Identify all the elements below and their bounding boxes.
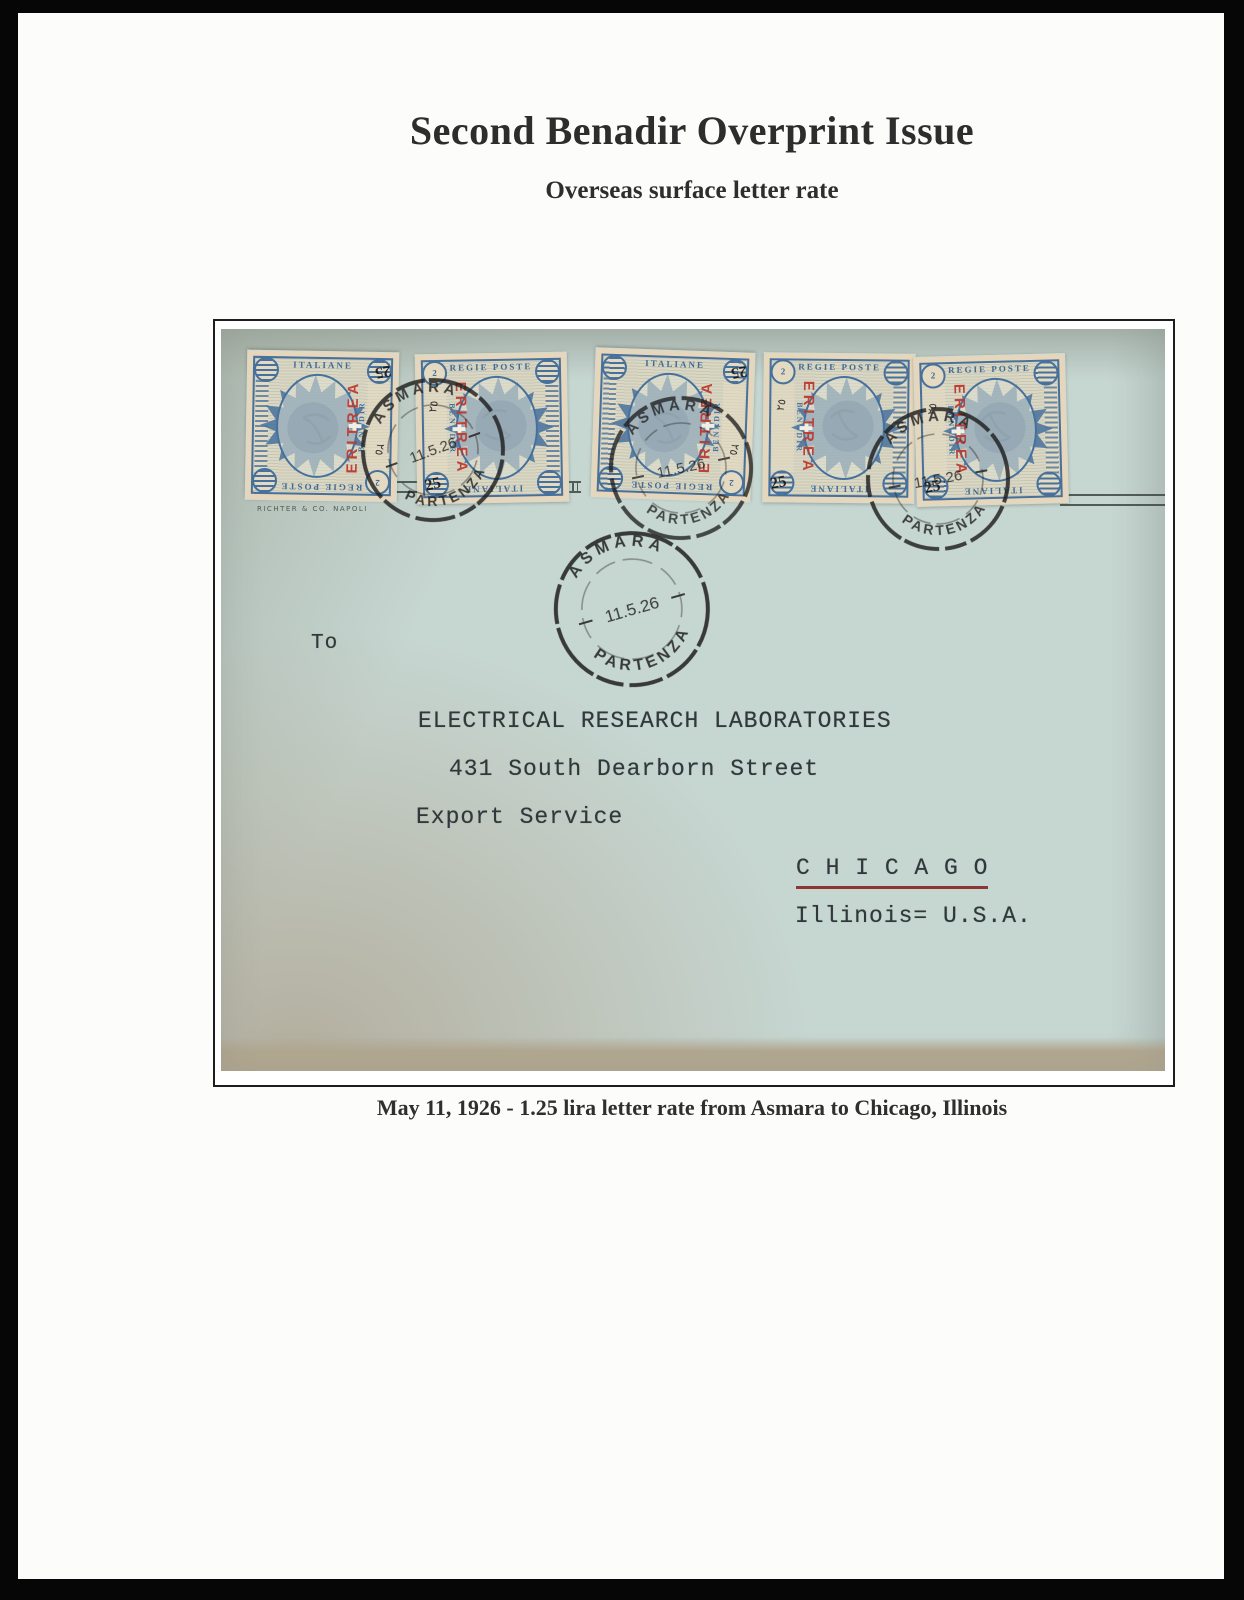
eritrea-overprint: ERITREA bbox=[799, 381, 817, 475]
scanned-exhibit-page: Second Benadir Overprint Issue Overseas … bbox=[0, 0, 1244, 1600]
printed-rule-right bbox=[1060, 494, 1165, 506]
svg-text:PARTENZA: PARTENZA bbox=[399, 459, 496, 521]
album-page: Second Benadir Overprint Issue Overseas … bbox=[18, 13, 1224, 1579]
exhibit-caption: May 11, 1926 - 1.25 lira letter rate fro… bbox=[193, 1095, 1191, 1121]
postmark-3: ASMARA PARTENZA 11.5.26 bbox=[845, 386, 1030, 571]
exhibit-frame: RICHTER & CO. NAPOLI REGIE POSTE ITALIAN… bbox=[213, 319, 1175, 1087]
stamp-corner-rosette bbox=[883, 360, 908, 385]
printer-imprint: RICHTER & CO. NAPOLI bbox=[257, 505, 368, 513]
address-recipient: ELECTRICAL RESEARCH LABORATORIES bbox=[418, 708, 892, 734]
address-department: Export Service bbox=[416, 804, 623, 830]
svg-text:11.5.26: 11.5.26 bbox=[407, 434, 459, 467]
svg-text:11.5.26: 11.5.26 bbox=[603, 593, 662, 627]
svg-text:PARTENZA: PARTENZA bbox=[588, 620, 702, 687]
svg-text:11.5.26: 11.5.26 bbox=[655, 455, 706, 482]
address-street: 431 South Dearborn Street bbox=[449, 756, 819, 782]
address-city: C H I C A G O bbox=[796, 855, 988, 889]
svg-text:ASMARA: ASMARA bbox=[559, 521, 671, 584]
stamp-old-value: 2 bbox=[770, 359, 795, 384]
envelope-photo: RICHTER & CO. NAPOLI REGIE POSTE ITALIAN… bbox=[221, 329, 1165, 1071]
page-subtitle: Overseas surface letter rate bbox=[213, 177, 1171, 205]
surcharge-value: 25 bbox=[769, 473, 788, 494]
stamp-corner-rosette bbox=[537, 470, 562, 495]
stamp-corner-rosette bbox=[1036, 471, 1062, 497]
page-title: Second Benadir Overprint Issue bbox=[213, 107, 1171, 154]
surcharge-value: 25 bbox=[373, 361, 392, 382]
address-region: Illinois= U.S.A. bbox=[795, 903, 1032, 929]
svg-text:11.5.26: 11.5.26 bbox=[913, 467, 964, 492]
address-to-label: To bbox=[311, 632, 338, 655]
